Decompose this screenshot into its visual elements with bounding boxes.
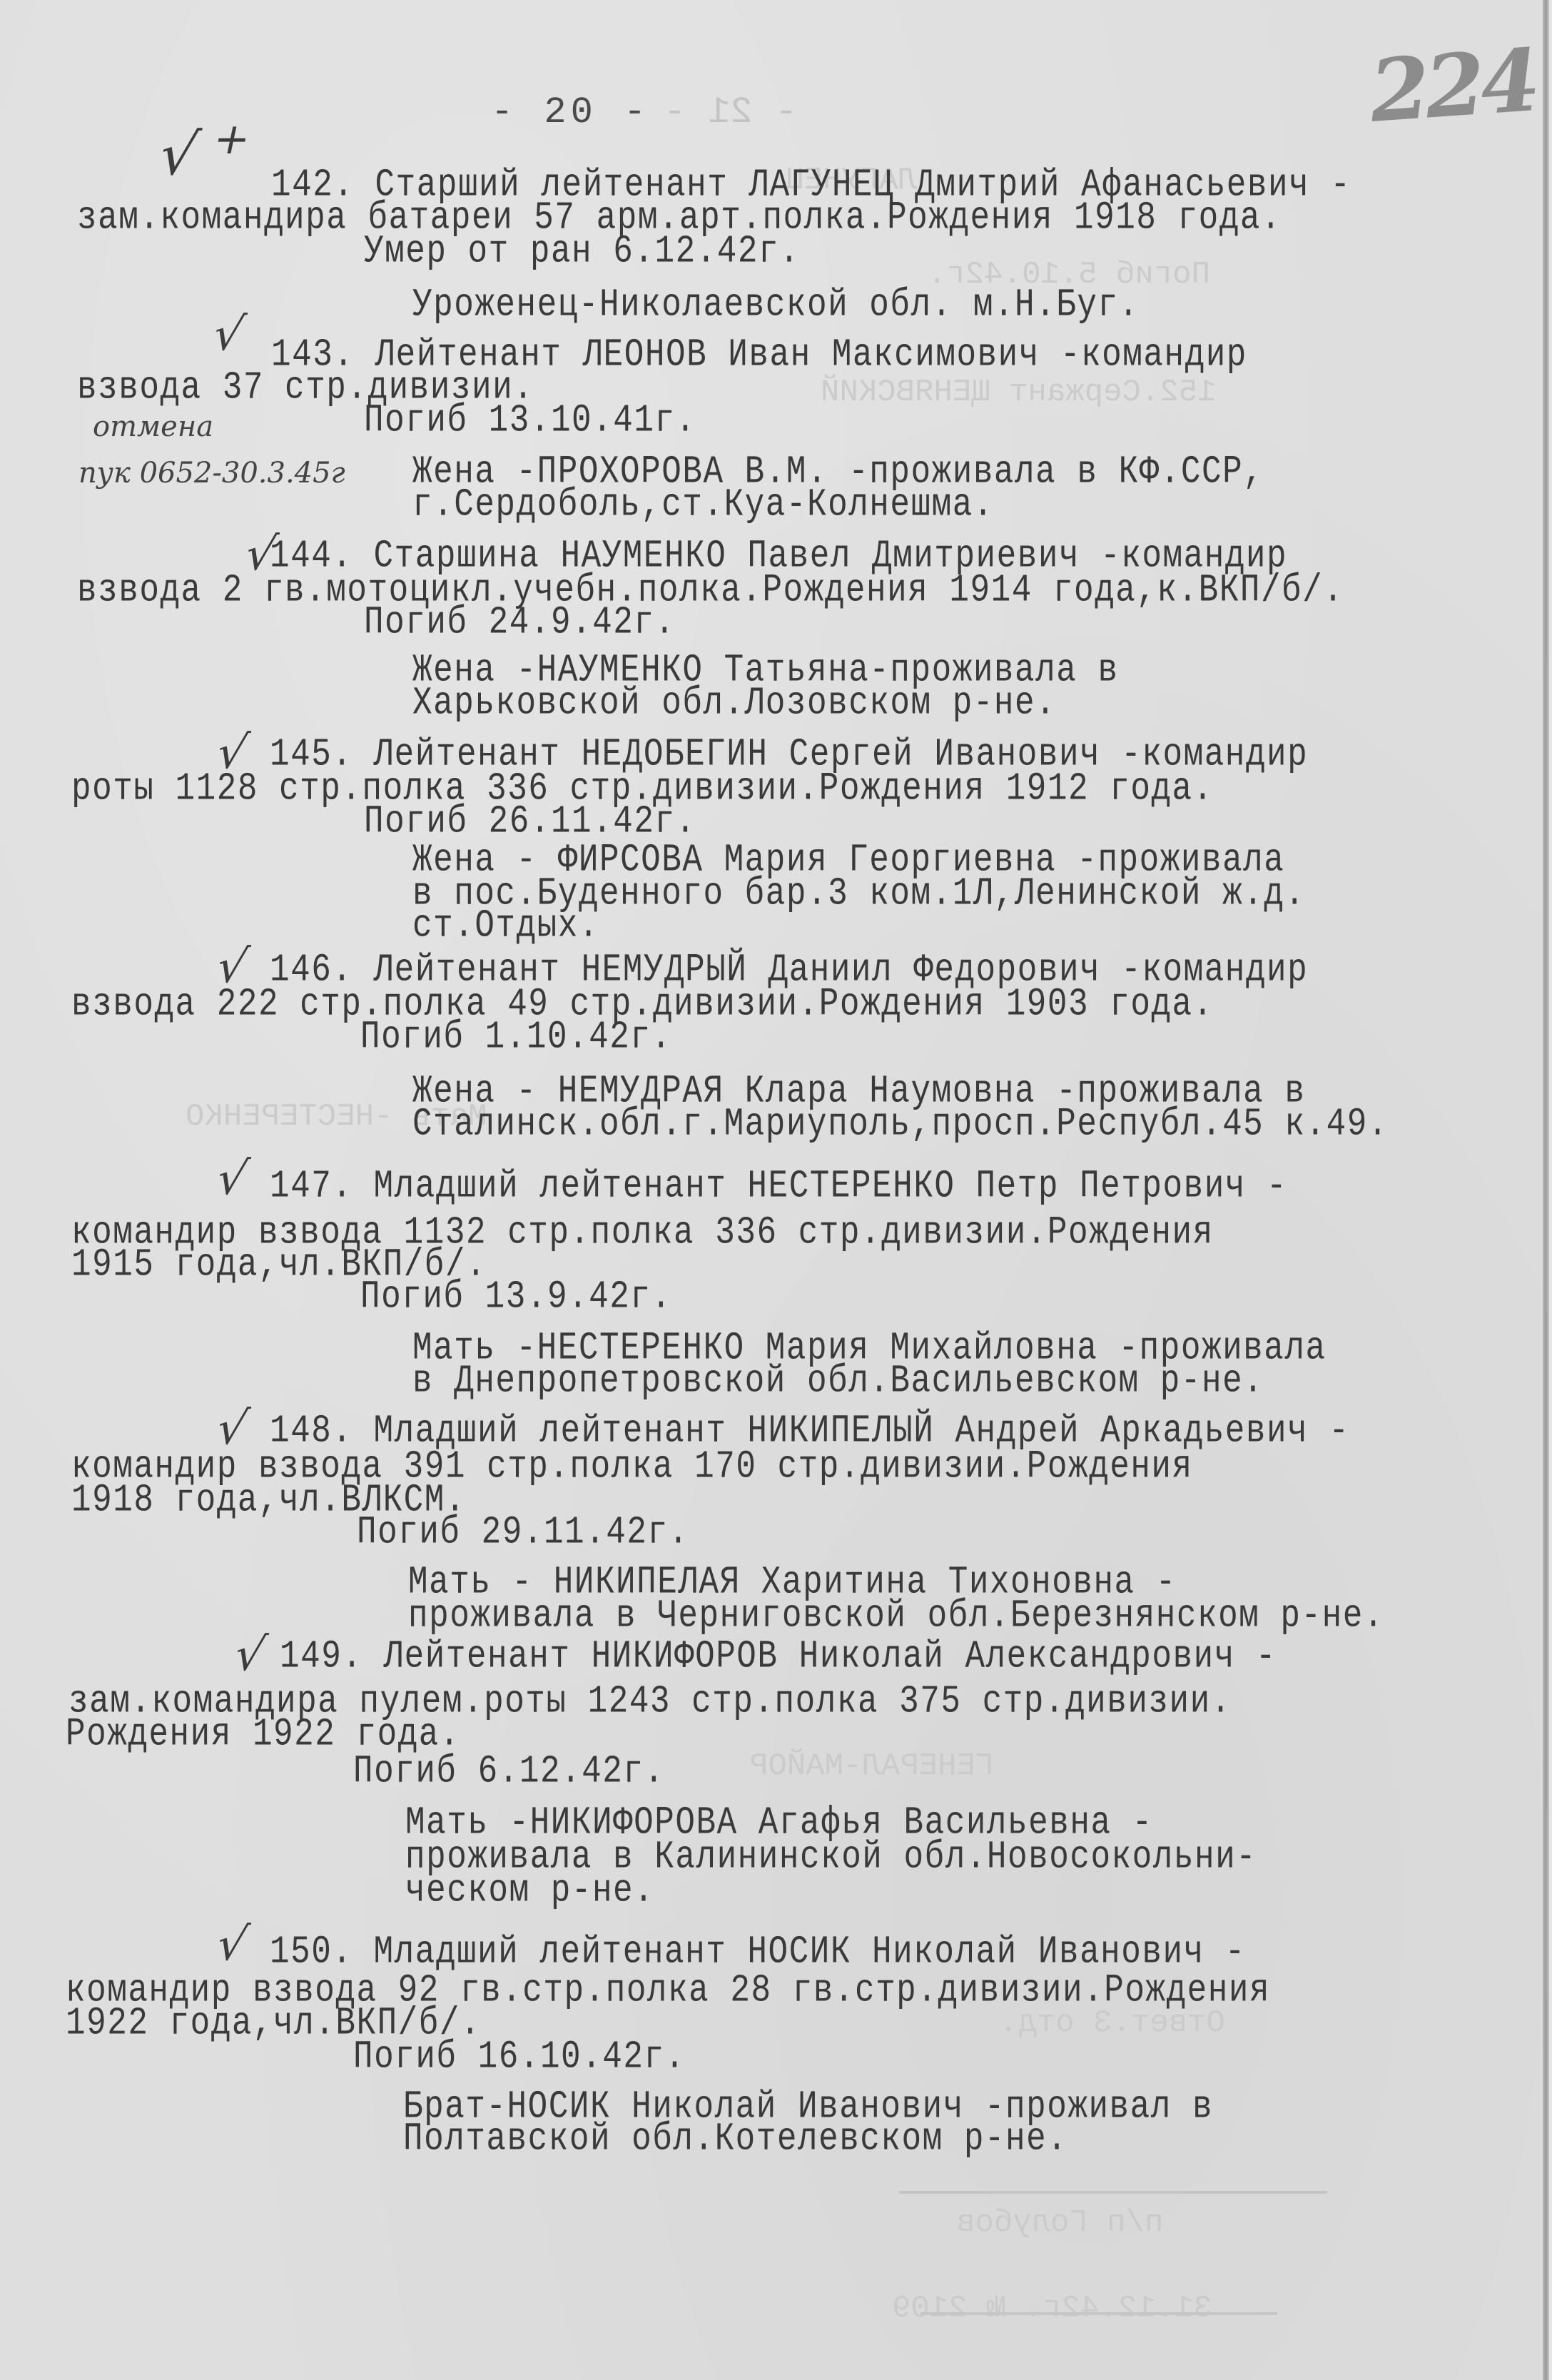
page-number: - 20 -: [491, 91, 650, 133]
entry-148-line-6: проживала в Черниговской обл.Березнянско…: [408, 1596, 1384, 1635]
show-through-page-number: - 21 -: [664, 91, 797, 133]
check-mark-icon: √: [230, 1629, 270, 1681]
entry-143-line-5: г.Сердоболь,ст.Куа-Колнешма.: [412, 485, 994, 524]
check-mark-icon: √: [153, 121, 204, 188]
entry-144-line-5: Харьковской обл.Лозовском р-не.: [412, 684, 1056, 722]
check-mark-icon: √: [212, 1918, 253, 1971]
handwritten-note-cancel: отмена: [93, 410, 213, 443]
archive-page-number-handwritten: 224: [1366, 30, 1539, 142]
show-through-rule: [899, 2191, 1327, 2194]
entry-150-line-6: Полтавской обл.Котелевском р-не.: [403, 2120, 1067, 2158]
document-page: - 21 - ЛАГУНЕЦ Погиб 5.10.42г. 152.Сержа…: [0, 0, 1552, 2380]
entry-147-line-4: Погиб 13.9.42г.: [360, 1277, 672, 1316]
show-through-text: 152.Сержант ЩЕНЯВСКИЙ: [821, 375, 1217, 410]
check-mark-icon: √: [212, 1153, 253, 1205]
show-through-text: ГЕНЕРАЛ-МАЙОР: [749, 1748, 994, 1784]
entry-150-line-1: 150. Младший лейтенант НОСИК Николай Ива…: [270, 1933, 1246, 1971]
entry-145-line-3: Погиб 26.11.42г.: [364, 802, 696, 841]
check-mark-icon: √: [208, 308, 249, 361]
handwritten-note-order: пук 0652-30.3.45г: [78, 457, 345, 490]
scan-edge-margin: [1549, 0, 1552, 2380]
scan-edge-strip: [1543, 0, 1549, 2380]
entry-142-line-4: Уроженец-Николаевской обл. м.Н.Буг.: [412, 285, 1140, 324]
entry-149-line-1: 149. Лейтенант НИКИФОРОВ Николай Алексан…: [280, 1637, 1277, 1676]
entry-145-line-6: ст.Отдых.: [412, 906, 599, 945]
entry-147-line-6: в Днепропетровской обл.Васильевском р-не…: [412, 1362, 1264, 1400]
entry-146-line-3: Погиб 1.10.42г.: [360, 1018, 672, 1056]
entry-143-line-3: Погиб 13.10.41г.: [364, 401, 696, 440]
entry-149-line-4: Погиб 6.12.42г.: [353, 1752, 665, 1791]
entry-150-line-4: Погиб 16.10.42г.: [353, 2037, 686, 2076]
entry-144-line-2: взвода 2 гв.мотоцикл.учебн.полка.Рождени…: [77, 571, 1344, 609]
entry-142-line-3: Умер от ран 6.12.42г.: [364, 232, 800, 270]
show-through-text: п/п Голубов: [956, 2205, 1163, 2241]
entry-144-line-3: Погиб 24.9.42г.: [364, 603, 676, 642]
entry-147-line-1: 147. Младший лейтенант НЕСТЕРЕНКО Петр П…: [270, 1167, 1287, 1205]
entry-149-line-3: Рождения 1922 года.: [66, 1715, 460, 1753]
entry-146-line-5: Сталинск.обл.г.Мариуполь,просп.Республ.4…: [412, 1105, 1389, 1143]
entry-148-line-4: Погиб 29.11.42г.: [357, 1513, 689, 1551]
entry-149-line-7: ческом р-не.: [405, 1871, 654, 1910]
show-through-text: 31.12.42г. № 2109: [892, 2291, 1212, 2326]
cross-mark-icon: +: [209, 114, 255, 164]
show-through-rule: [920, 2312, 1277, 2315]
